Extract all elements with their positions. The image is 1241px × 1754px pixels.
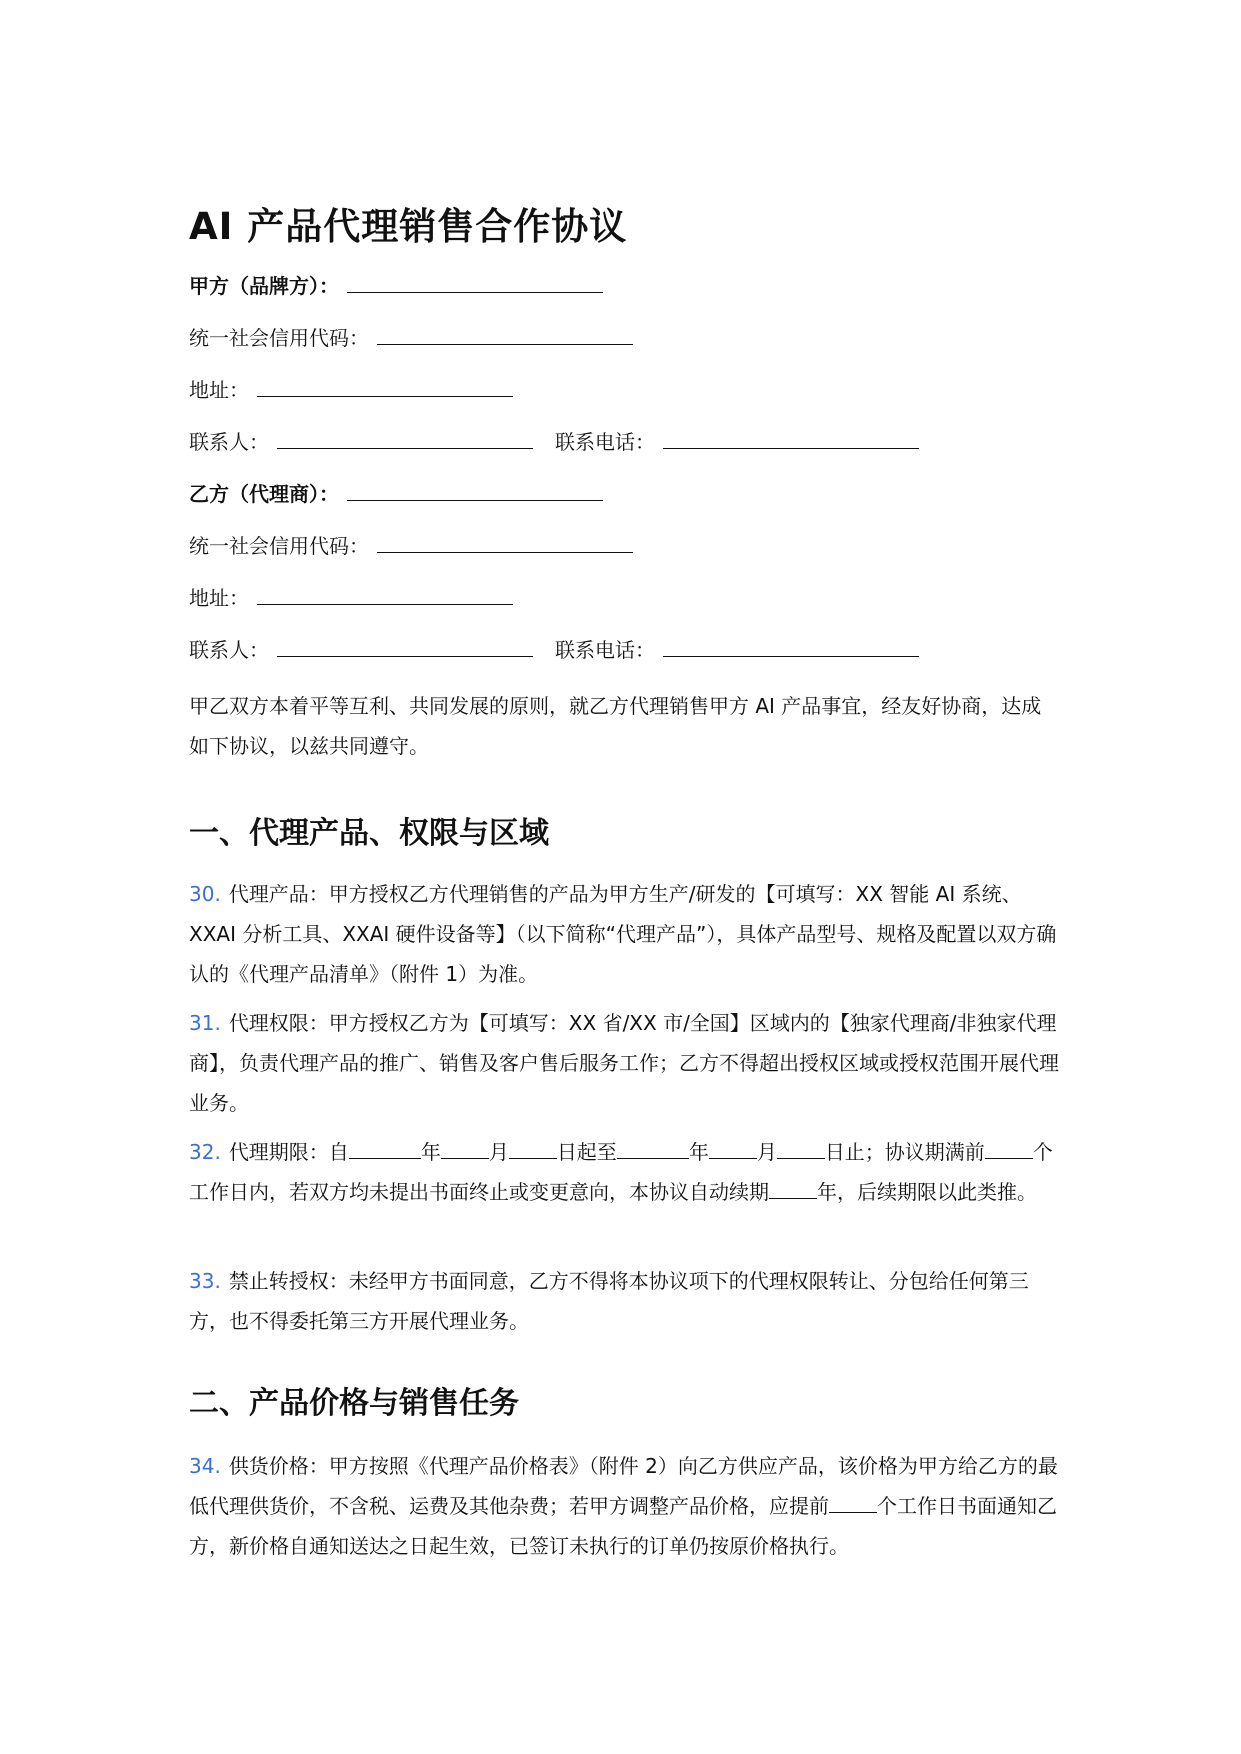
clause-31: 31.代理权限：甲方授权乙方为【可填写：XX 省/XX 市/全国】区域内的【独家… <box>189 1003 1059 1123</box>
party-b-credit-label: 统一社会信用代码： <box>189 534 369 558</box>
party-b-address-label: 地址： <box>189 586 249 610</box>
clause-number: 30. <box>189 882 221 906</box>
clause-text: 代理权限：甲方授权乙方为【可填写：XX 省/XX 市/全国】区域内的【独家代理商… <box>189 1011 1059 1115</box>
party-b-address-blank[interactable] <box>257 584 513 605</box>
renewal-years-blank[interactable] <box>769 1178 817 1199</box>
clause-text: 代理期限：自 <box>229 1140 349 1164</box>
clause-33: 33.禁止转授权：未经甲方书面同意，乙方不得将本协议项下的代理权限转让、分包给任… <box>189 1261 1059 1341</box>
party-a-address-row: 地址： <box>189 376 513 404</box>
clause-text: 月 <box>489 1140 509 1164</box>
party-a-row: 甲方（品牌方）： <box>189 272 603 300</box>
clause-number: 33. <box>189 1269 221 1293</box>
clause-32: 32.代理期限：自年月日起至年月日止；协议期满前个工作日内，若双方均未提出书面终… <box>189 1132 1059 1212</box>
party-a-phone-blank[interactable] <box>663 428 919 449</box>
section-heading-2: 二、产品价格与销售任务 <box>189 1378 519 1422</box>
party-a-name-blank[interactable] <box>347 272 603 293</box>
party-a-contact-label: 联系人： <box>189 430 269 454</box>
party-a-phone-label: 联系电话： <box>555 430 655 454</box>
party-a-credit-blank[interactable] <box>377 324 633 345</box>
party-b-contact-label: 联系人： <box>189 638 269 662</box>
party-b-label: 乙方（代理商）： <box>189 482 339 506</box>
document-title: AI 产品代理销售合作协议 <box>189 196 627 250</box>
clause-text: 日止；协议期满前 <box>825 1140 985 1164</box>
clause-30: 30.代理产品：甲方授权乙方代理销售的产品为甲方生产/研发的【可填写：XX 智能… <box>189 874 1059 994</box>
clause-text: 年 <box>421 1140 441 1164</box>
clause-text: 年 <box>689 1140 709 1164</box>
party-b-row: 乙方（代理商）： <box>189 480 603 508</box>
clause-text: 年，后续期限以此类推。 <box>817 1180 1037 1204</box>
party-a-credit-label: 统一社会信用代码： <box>189 326 369 350</box>
end-year-blank[interactable] <box>617 1138 689 1159</box>
party-b-credit-row: 统一社会信用代码： <box>189 532 633 560</box>
party-b-credit-blank[interactable] <box>377 532 633 553</box>
start-day-blank[interactable] <box>509 1138 557 1159</box>
end-month-blank[interactable] <box>709 1138 757 1159</box>
party-a-address-blank[interactable] <box>257 376 513 397</box>
party-a-credit-row: 统一社会信用代码： <box>189 324 633 352</box>
price-notice-days-blank[interactable] <box>829 1492 877 1513</box>
clause-text: 月 <box>757 1140 777 1164</box>
clause-number: 32. <box>189 1140 221 1164</box>
party-b-phone-label: 联系电话： <box>555 638 655 662</box>
clause-text: 日起至 <box>557 1140 617 1164</box>
clause-text: 代理产品：甲方授权乙方代理销售的产品为甲方生产/研发的【可填写：XX 智能 AI… <box>189 882 1056 986</box>
clause-number: 31. <box>189 1011 221 1035</box>
notice-days-blank[interactable] <box>985 1138 1033 1159</box>
party-a-contact-blank[interactable] <box>277 428 533 449</box>
party-a-address-label: 地址： <box>189 378 249 402</box>
party-b-phone-blank[interactable] <box>663 636 919 657</box>
start-year-blank[interactable] <box>349 1138 421 1159</box>
end-day-blank[interactable] <box>777 1138 825 1159</box>
clause-text: 禁止转授权：未经甲方书面同意，乙方不得将本协议项下的代理权限转让、分包给任何第三… <box>189 1269 1029 1333</box>
start-month-blank[interactable] <box>441 1138 489 1159</box>
preamble: 甲乙双方本着平等互利、共同发展的原则，就乙方代理销售甲方 AI 产品事宜，经友好… <box>189 686 1059 766</box>
section-heading-1: 一、代理产品、权限与区域 <box>189 808 549 852</box>
party-b-contact-row: 联系人：联系电话： <box>189 636 919 664</box>
party-b-contact-blank[interactable] <box>277 636 533 657</box>
clause-number: 34. <box>189 1454 221 1478</box>
clause-34: 34.供货价格：甲方按照《代理产品价格表》（附件 2）向乙方供应产品，该价格为甲… <box>189 1446 1059 1566</box>
party-b-address-row: 地址： <box>189 584 513 612</box>
party-a-label: 甲方（品牌方）： <box>189 274 339 298</box>
party-a-contact-row: 联系人：联系电话： <box>189 428 919 456</box>
party-b-name-blank[interactable] <box>347 480 603 501</box>
